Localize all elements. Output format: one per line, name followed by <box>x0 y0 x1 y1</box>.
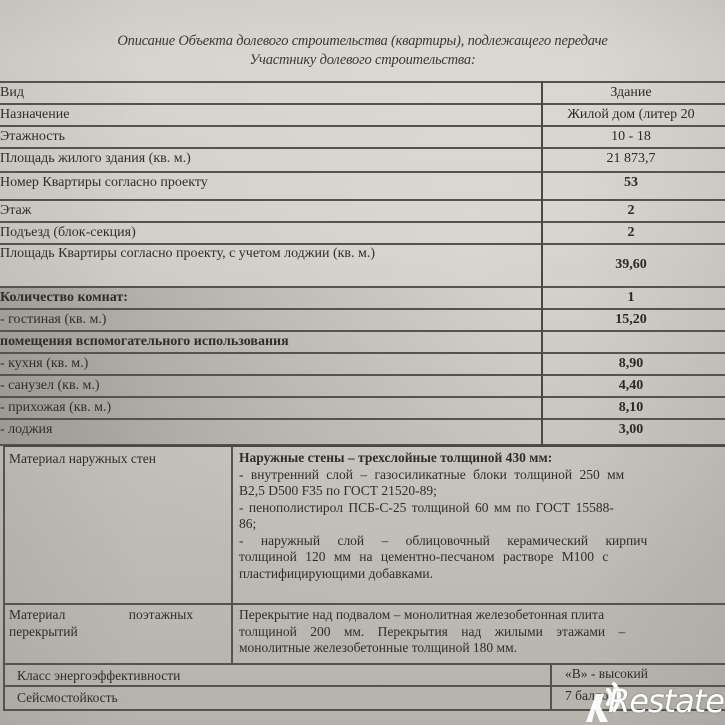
divider <box>3 603 725 605</box>
column-divider <box>541 81 543 445</box>
row-label: Назначение <box>0 107 69 123</box>
table-row: НазначениеЖилой дом (литер 20 <box>0 103 725 127</box>
row-value: 2 <box>541 203 721 219</box>
row-value: 4,40 <box>541 378 721 394</box>
row-label: Этажность <box>0 129 65 145</box>
row-label: - лоджия <box>0 422 52 438</box>
floors-line: толщиной 200 мм. Перекрытия над жилыми э… <box>239 624 725 641</box>
table-row: ВидЗдание <box>0 81 725 105</box>
divider <box>550 663 552 711</box>
table-row: - санузел (кв. м.)4,40 <box>0 374 725 398</box>
row-value: 53 <box>541 175 721 191</box>
row-value: 15,20 <box>541 312 721 328</box>
walls-line: 86; <box>239 516 725 533</box>
row-label: - гостиная (кв. м.) <box>0 312 106 328</box>
row-label: - кухня (кв. м.) <box>0 356 88 372</box>
row-label: Площадь жилого здания (кв. м.) <box>0 151 191 167</box>
table-row: - кухня (кв. м.)8,90 <box>0 352 725 376</box>
walls-line: пластифицирующими добавками. <box>239 566 725 583</box>
walls-label: Материал наружных стен <box>9 451 156 468</box>
walls-description: Наружные стены – трехслойные толщиной 43… <box>239 450 725 582</box>
floors-label-line2: перекрытий <box>9 624 227 641</box>
floors-label: Материал поэтажных перекрытий <box>9 607 227 640</box>
row-label: Номер Квартиры согласно проекту <box>0 175 208 191</box>
table-row: Этажность10 - 18 <box>0 125 725 149</box>
document-title-line1: Описание Объекта долевого строительства … <box>0 33 725 50</box>
table-row: помещения вспомогательного использования <box>0 330 725 354</box>
row-value: 1 <box>541 290 721 306</box>
row-value: 8,10 <box>541 400 721 416</box>
seismic-label: Сейсмостойкость <box>17 690 118 707</box>
row-value: 39,60 <box>541 257 721 273</box>
divider <box>3 447 5 711</box>
walls-line: толщиной 120 мм на цементно-песчаном рас… <box>239 549 725 566</box>
row-label: помещения вспомогательного использования <box>0 334 289 350</box>
row-value: 3,00 <box>541 422 721 438</box>
row-label: Вид <box>0 85 24 101</box>
divider <box>231 603 233 663</box>
row-label: - прихожая (кв. м.) <box>0 400 111 416</box>
row-value: 21 873,7 <box>541 151 721 167</box>
table-row: Количество комнат:1 <box>0 286 725 310</box>
table-row: Площадь жилого здания (кв. м.)21 873,7 <box>0 147 725 173</box>
walls-line: - пенополистирол ПСБ-С-25 толщиной 60 мм… <box>239 500 725 517</box>
row-value: 2 <box>541 225 721 241</box>
table-row: Этаж2 <box>0 199 725 223</box>
divider <box>3 663 725 665</box>
walls-line: Наружные стены – трехслойные толщиной 43… <box>239 450 725 467</box>
row-value: Здание <box>541 85 721 101</box>
watermark-label: Restate <box>608 682 724 720</box>
walls-line: - внутренний слой – газосиликатные блоки… <box>239 467 725 484</box>
floors-line: Перекрытие над подвалом – монолитная жел… <box>239 607 725 624</box>
document-title-line2: Участнику долевого строительства: <box>0 52 725 69</box>
floors-line: монолитные железобетонные толщиной 180 м… <box>239 640 725 657</box>
row-value: 10 - 18 <box>541 129 721 145</box>
walls-line: В2,5 D500 F35 по ГОСТ 21520-89; <box>239 483 725 500</box>
divider <box>231 447 233 603</box>
table-row: Площадь Квартиры согласно проекту, с уче… <box>0 243 725 288</box>
document-photo: Описание Объекта долевого строительства … <box>0 0 725 725</box>
row-value: Жилой дом (литер 20 <box>541 107 721 123</box>
row-label: Количество комнат: <box>0 290 128 306</box>
row-label: Площадь Квартиры согласно проекту, с уче… <box>0 246 375 262</box>
row-value: 8,90 <box>541 356 721 372</box>
table-row: - гостиная (кв. м.)15,20 <box>0 308 725 332</box>
row-label: Этаж <box>0 203 31 219</box>
row-label: Подъезд (блок-секция) <box>0 225 136 241</box>
table-row: - прихожая (кв. м.)8,10 <box>0 396 725 420</box>
floors-description: Перекрытие над подвалом – монолитная жел… <box>239 607 725 657</box>
energy-class-label: Класс энергоэффективности <box>17 668 180 685</box>
table-row: Подъезд (блок-секция)2 <box>0 221 725 245</box>
floors-label-word: Материал поэтажных <box>9 607 193 624</box>
table-row: - лоджия3,00 <box>0 418 725 447</box>
walls-line: - наружный слой – облицовочный керамичес… <box>239 533 725 550</box>
table-row: Номер Квартиры согласно проекту53 <box>0 171 725 201</box>
row-label: - санузел (кв. м.) <box>0 378 100 394</box>
